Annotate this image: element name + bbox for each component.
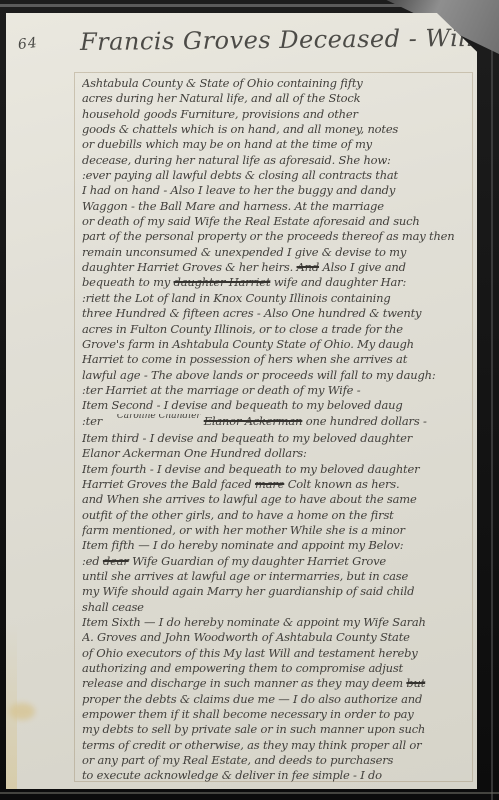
manuscript-text: wife and daughter Har: bbox=[270, 275, 406, 289]
struck-text: And bbox=[297, 260, 319, 274]
manuscript-text: :riett the Lot of land in Knox County Il… bbox=[82, 291, 391, 305]
book-edge-bottom bbox=[0, 792, 499, 794]
manuscript-line: lawful age - The above lands or proceeds… bbox=[82, 368, 470, 383]
manuscript-line: :ed dear Wife Guardian of my daughter Ha… bbox=[82, 554, 470, 569]
manuscript-line: empower them if it shall become necessar… bbox=[82, 707, 470, 722]
manuscript-text: or duebills which may be on hand at the … bbox=[82, 137, 372, 151]
manuscript-text: Item third - I devise and bequeath to my… bbox=[82, 431, 412, 445]
manuscript-text: authorizing and empowering them to compr… bbox=[82, 661, 403, 675]
manuscript-text: until she arrives at lawful age or inter… bbox=[82, 569, 408, 583]
manuscript-line: terms of credit or otherwise, as they ma… bbox=[82, 738, 470, 753]
page-number: 64 bbox=[17, 35, 39, 53]
manuscript-line: my Wife should again Marry her guardians… bbox=[82, 584, 470, 599]
manuscript-line: decease, during her natural life as afor… bbox=[82, 153, 470, 168]
manuscript-line: or death of my said Wife the Real Estate… bbox=[82, 214, 470, 229]
manuscript-text: Elanor Ackerman One Hundred dollars: bbox=[82, 446, 307, 460]
manuscript-line: Waggon - the Ball Mare and harness. At t… bbox=[82, 199, 470, 214]
document-lines: Ashtabula County & State of Ohio contain… bbox=[75, 73, 472, 784]
manuscript-line: my debts to sell by private sale or in s… bbox=[82, 722, 470, 737]
struck-text: mare bbox=[255, 477, 284, 491]
manuscript-text: :ed bbox=[82, 554, 103, 568]
interlinear-insertion: Caroline Chandler bbox=[106, 414, 200, 421]
manuscript-line: or duebills which may be on hand at the … bbox=[82, 137, 470, 152]
manuscript-text: proper the debts & claims due me — I do … bbox=[82, 692, 422, 706]
manuscript-line: :ter Harriet at the marriage or death of… bbox=[82, 383, 470, 398]
book-edge-right bbox=[491, 0, 493, 800]
manuscript-line: :ter Caroline ChandlerElanor Ackerman on… bbox=[82, 414, 470, 431]
struck-text: dear bbox=[103, 554, 129, 568]
manuscript-text: empower them if it shall become necessar… bbox=[82, 707, 414, 721]
manuscript-line: of Ohio executors of this My last Will a… bbox=[82, 646, 470, 661]
manuscript-line: Ashtabula County & State of Ohio contain… bbox=[82, 76, 470, 91]
manuscript-line: Item Sixth — I do hereby nominate & appo… bbox=[82, 615, 470, 630]
manuscript-line: daughter Harriet Groves & her heirs. And… bbox=[82, 260, 470, 275]
manuscript-text: remain unconsumed & unexpended I give & … bbox=[82, 245, 406, 259]
paper-stain bbox=[9, 703, 35, 720]
manuscript-line: I had on hand - Also I leave to her the … bbox=[82, 183, 470, 198]
manuscript-line: Harriet to come in possession of hers wh… bbox=[82, 352, 470, 367]
manuscript-line: Item fifth — I do hereby nominate and ap… bbox=[82, 538, 470, 553]
manuscript-text: Item Second - I devise and bequeath to m… bbox=[82, 398, 403, 412]
manuscript-line: Elanor Ackerman One Hundred dollars: bbox=[82, 446, 470, 461]
manuscript-line: part of the personal property or the pro… bbox=[82, 229, 470, 244]
manuscript-line: proper the debts & claims due me — I do … bbox=[82, 692, 470, 707]
struck-text: Elanor Ackerman bbox=[204, 414, 303, 428]
manuscript-text: my debts to sell by private sale or in s… bbox=[82, 722, 425, 736]
manuscript-line: Item fourth - I devise and bequeath to m… bbox=[82, 462, 470, 477]
manuscript-text: one hundred dollars - bbox=[302, 414, 426, 428]
manuscript-text: terms of credit or otherwise, as they ma… bbox=[82, 738, 421, 752]
manuscript-text: I had on hand - Also I leave to her the … bbox=[82, 183, 395, 197]
manuscript-text: release and discharge in such manner as … bbox=[82, 676, 406, 690]
manuscript-text: daughter Harriet Groves & her heirs. bbox=[82, 260, 297, 274]
manuscript-line: release and discharge in such manner as … bbox=[82, 676, 470, 691]
manuscript-line: bequeath to my daughter Harriet wife and… bbox=[82, 275, 470, 290]
manuscript-text: :ter Harriet at the marriage or death of… bbox=[82, 383, 360, 397]
manuscript-line: household goods Furniture, provisions an… bbox=[82, 107, 470, 122]
page-title: Francis Groves Deceased - Will — bbox=[80, 24, 470, 56]
manuscript-text: Wife Guardian of my daughter Harriet Gro… bbox=[129, 554, 386, 568]
manuscript-line: three Hundred & fifteen acres - Also One… bbox=[82, 306, 470, 321]
manuscript-line: authorizing and empowering them to compr… bbox=[82, 661, 470, 676]
manuscript-text: :ter bbox=[82, 414, 105, 428]
manuscript-text: :ever paying all lawful debts & closing … bbox=[82, 168, 398, 182]
manuscript-line: A. Groves and John Woodworth of Ashtabul… bbox=[82, 630, 470, 645]
manuscript-text: farm mentioned, or with her mother While… bbox=[82, 523, 405, 537]
struck-text: but bbox=[406, 676, 425, 690]
manuscript-text: acres in Fulton County Illinois, or to c… bbox=[82, 322, 403, 336]
manuscript-text: lawful age - The above lands or proceeds… bbox=[82, 368, 436, 382]
manuscript-text: Colt known as hers. bbox=[284, 477, 399, 491]
manuscript-line: goods & chattels which is on hand, and a… bbox=[82, 122, 470, 137]
manuscript-text: Item Sixth — I do hereby nominate & appo… bbox=[82, 615, 426, 629]
manuscript-text: Grove's farm in Ashtabula County State o… bbox=[82, 337, 414, 351]
manuscript-text: Waggon - the Ball Mare and harness. At t… bbox=[82, 199, 384, 213]
manuscript-text: part of the personal property or the pro… bbox=[82, 229, 454, 243]
manuscript-line: :ever paying all lawful debts & closing … bbox=[82, 168, 470, 183]
ledger-page: 64 Francis Groves Deceased - Will — Asht… bbox=[6, 13, 477, 789]
manuscript-text: A. Groves and John Woodworth of Ashtabul… bbox=[82, 630, 410, 644]
manuscript-line: outfit of the other girls, and to have a… bbox=[82, 508, 470, 523]
manuscript-text: Ashtabula County & State of Ohio contain… bbox=[82, 76, 363, 90]
manuscript-line: until she arrives at lawful age or inter… bbox=[82, 569, 470, 584]
manuscript-text: shall cease bbox=[82, 600, 144, 614]
struck-text: daughter Harriet bbox=[174, 275, 271, 289]
manuscript-line: to execute acknowledge & deliver in fee … bbox=[82, 768, 470, 783]
manuscript-line: and When she arrives to lawful age to ha… bbox=[82, 492, 470, 507]
manuscript-line: acres during her Natural life, and all o… bbox=[82, 91, 470, 106]
manuscript-text: bequeath to my bbox=[82, 275, 174, 289]
manuscript-text: of Ohio executors of this My last Will a… bbox=[82, 646, 418, 660]
manuscript-text: household goods Furniture, provisions an… bbox=[82, 107, 358, 121]
manuscript-line: or any part of my Real Estate, and deeds… bbox=[82, 753, 470, 768]
scanned-document-photo: 64 Francis Groves Deceased - Will — Asht… bbox=[0, 0, 499, 800]
manuscript-line: farm mentioned, or with her mother While… bbox=[82, 523, 470, 538]
manuscript-text: to execute acknowledge & deliver in fee … bbox=[82, 768, 382, 782]
manuscript-line: acres in Fulton County Illinois, or to c… bbox=[82, 322, 470, 337]
will-text-block: Ashtabula County & State of Ohio contain… bbox=[74, 72, 473, 782]
manuscript-text: and When she arrives to lawful age to ha… bbox=[82, 492, 417, 506]
manuscript-text: or death of my said Wife the Real Estate… bbox=[82, 214, 420, 228]
manuscript-text: Item fourth - I devise and bequeath to m… bbox=[82, 462, 419, 476]
manuscript-text: three Hundred & fifteen acres - Also One… bbox=[82, 306, 421, 320]
manuscript-text: decease, during her natural life as afor… bbox=[82, 153, 391, 167]
manuscript-line: Grove's farm in Ashtabula County State o… bbox=[82, 337, 470, 352]
manuscript-text: acres during her Natural life, and all o… bbox=[82, 91, 360, 105]
manuscript-line: Harriet Groves the Bald faced mare Colt … bbox=[82, 477, 470, 492]
manuscript-line: Item Second - I devise and bequeath to m… bbox=[82, 398, 470, 413]
manuscript-text: my Wife should again Marry her guardians… bbox=[82, 584, 414, 598]
manuscript-line: shall cease bbox=[82, 600, 470, 615]
manuscript-text: outfit of the other girls, and to have a… bbox=[82, 508, 394, 522]
manuscript-text: goods & chattels which is on hand, and a… bbox=[82, 122, 398, 136]
manuscript-text: Harriet Groves the Bald faced bbox=[82, 477, 255, 491]
manuscript-text: Harriet to come in possession of hers wh… bbox=[82, 352, 407, 366]
manuscript-line: :riett the Lot of land in Knox County Il… bbox=[82, 291, 470, 306]
manuscript-text: Item fifth — I do hereby nominate and ap… bbox=[82, 538, 403, 552]
manuscript-text: or any part of my Real Estate, and deeds… bbox=[82, 753, 393, 767]
manuscript-text: Also I give and bbox=[319, 260, 406, 274]
manuscript-line: remain unconsumed & unexpended I give & … bbox=[82, 245, 470, 260]
manuscript-line: Item third - I devise and bequeath to my… bbox=[82, 431, 470, 446]
